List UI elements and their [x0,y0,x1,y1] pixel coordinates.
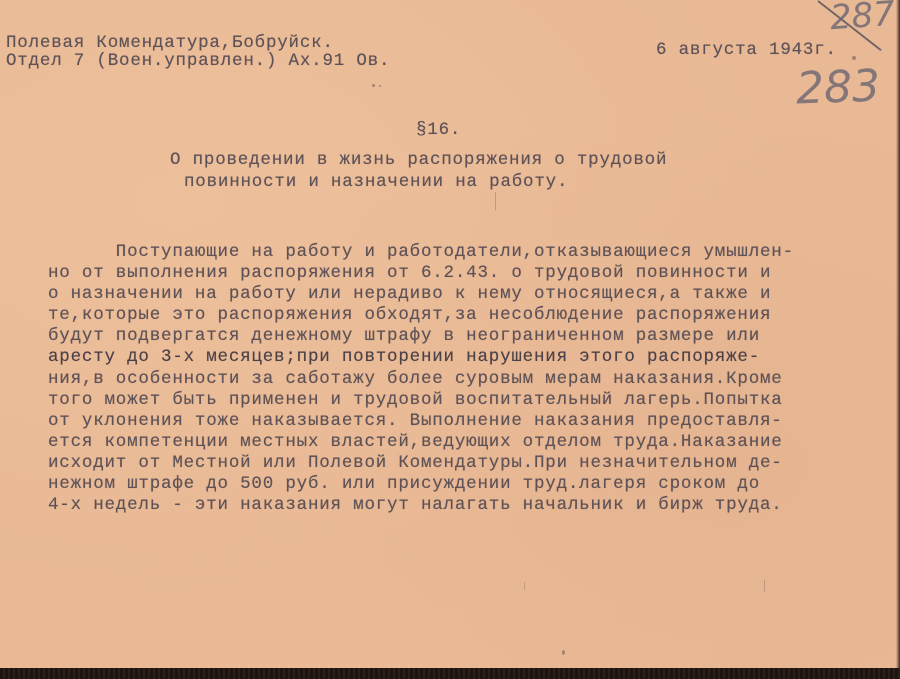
paper-speck [379,85,381,87]
paper-speck [372,84,375,87]
paragraph-number: §16. [416,120,461,140]
body-line: от уклонения тоже наказывается. Выполнен… [48,411,783,431]
header-office: Полевая Комендатура,Бобруйск. [6,33,334,53]
document-title-line-2: повинности и назначении на работу. [184,172,568,192]
body-line: ется компетенции местных властей,ведующи… [48,432,783,452]
scan-bottom-edge [0,668,900,679]
body-line: 4-х недель - эти наказания могут налагат… [48,495,783,515]
paper-fiber [764,580,765,592]
body-line: нежном штрафе до 500 руб. или присуждени… [48,474,760,494]
paper-speck [562,650,565,655]
body-line: Поступающие на работу и работодатели,отк… [48,242,794,262]
body-line: исходит от Местной или Полевой Комендату… [48,453,783,473]
body-line: будут подвергатся денежному штрафу в нео… [48,326,760,346]
paper-fiber [524,582,525,590]
archive-page-number: 283 [795,61,881,115]
document-date: 6 августа 1943г. [656,40,837,60]
header-department: Отдел 7 (Воен.управлен.) Ах.91 Ов. [6,51,390,71]
body-line: того может быть применен и трудовой восп… [48,390,783,410]
archival-document-page: Полевая Комендатура,Бобруйск. Отдел 7 (В… [0,0,900,668]
paper-speck [852,56,856,60]
body-line: о назначении на работу или нерадиво к не… [48,284,771,304]
body-line: те,которые это распоряжения обходят,за н… [48,305,771,325]
body-line: аресту до 3-х месяцев;при повторении нар… [48,347,760,367]
body-line: ния,в особенности за саботажу более суро… [48,369,783,389]
body-line: но от выполнения распоряжения от 6.2.43.… [48,263,771,283]
paper-fiber [495,192,496,210]
crossed-out-archive-number: 287 [829,0,897,38]
document-title-line-1: О проведении в жизнь распоряжения о труд… [170,150,667,170]
